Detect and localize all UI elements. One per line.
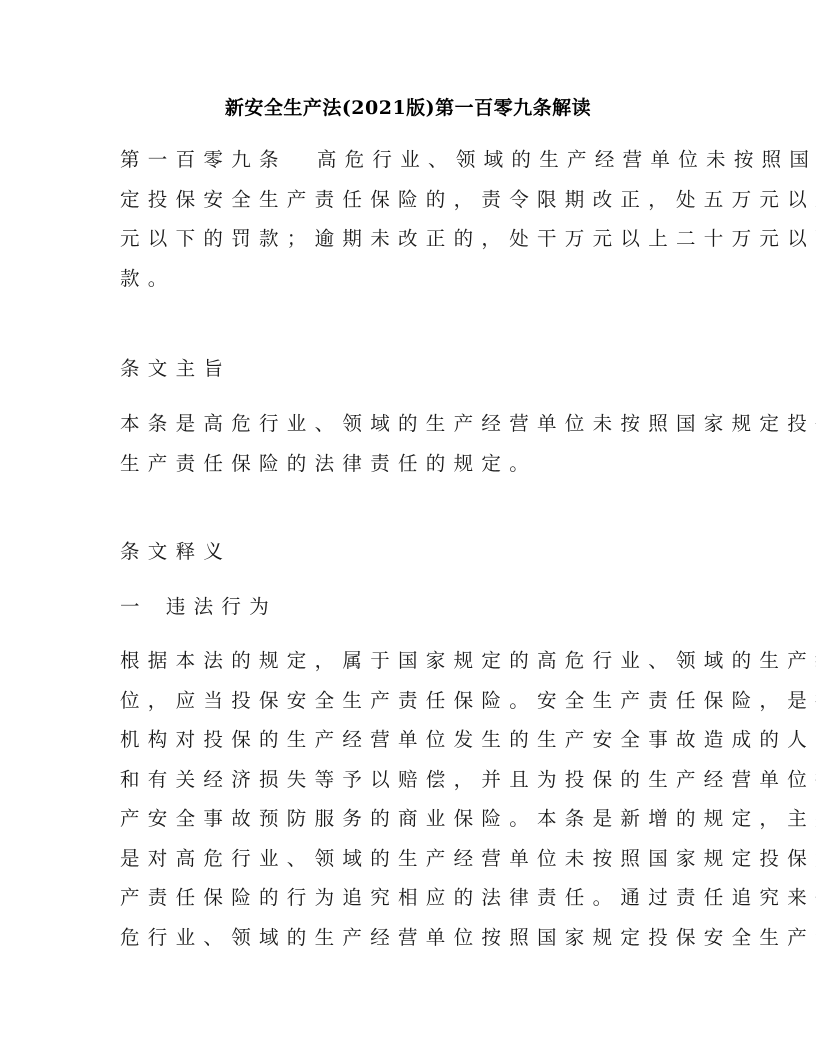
article-text: 第一百零九条高危行业、领域的生产经营单位未按照国家规 定投保安全生产责任保险的，… bbox=[120, 140, 686, 298]
interpretation-line: 是对高危行业、领域的生产经营单位未按照国家规定投保安全生 bbox=[120, 839, 686, 879]
interpretation-line: 机构对投保的生产经营单位发生的生产安全事故造成的人员伤亡 bbox=[120, 720, 686, 760]
interpretation-line: 产责任保险的行为追究相应的法律责任。通过责任追究来倒逼高 bbox=[120, 878, 686, 918]
document-page: 新安全生产法(2021版)第一百零九条解读 第一百零九条高危行业、领域的生产经营… bbox=[0, 0, 816, 1056]
interpretation-line: 危行业、领域的生产经营单位按照国家规定投保安全生产责任保 bbox=[120, 918, 686, 958]
purpose-line: 生产责任保险的法律责任的规定。 bbox=[120, 444, 686, 484]
interpretation-line: 位，应当投保安全生产责任保险。安全生产责任保险，是指保险 bbox=[120, 681, 686, 721]
article-line: 款。 bbox=[120, 259, 686, 299]
interpretation-line: 产安全事故预防服务的商业保险。本条是新增的规定，主要目的 bbox=[120, 799, 686, 839]
document-title: 新安全生产法(2021版)第一百零九条解读 bbox=[0, 96, 816, 120]
interpretation-line: 和有关经济损失等予以赔偿，并且为投保的生产经营单位提供生 bbox=[120, 760, 686, 800]
article-line: 定投保安全生产责任保险的，责令限期改正，处五万元以上十万 bbox=[120, 180, 686, 220]
subsection-heading: 一违法行为 bbox=[120, 587, 686, 627]
section-purpose-heading: 条文主旨 bbox=[120, 349, 686, 389]
section-interpretation-text: 根据本法的规定，属于国家规定的高危行业、领域的生产经营单 位，应当投保安全生产责… bbox=[120, 641, 686, 957]
article-line: 第一百零九条高危行业、领域的生产经营单位未按照国家规 bbox=[120, 140, 686, 180]
article-label: 第一百零九条 bbox=[120, 148, 287, 171]
subsection-number: 一 bbox=[120, 595, 148, 618]
section-purpose-text: 本条是高危行业、领域的生产经营单位未按照国家规定投保安全 生产责任保险的法律责任… bbox=[120, 404, 686, 483]
article-line: 元以下的罚款；逾期未改正的，处干万元以上二十万元以下的罚 bbox=[120, 219, 686, 259]
interpretation-line: 根据本法的规定，属于国家规定的高危行业、领域的生产经营单 bbox=[120, 641, 686, 681]
subsection-title: 违法行为 bbox=[166, 595, 277, 618]
section-interpretation-heading: 条文释义 bbox=[120, 532, 686, 572]
purpose-line: 本条是高危行业、领域的生产经营单位未按照国家规定投保安全 bbox=[120, 404, 686, 444]
